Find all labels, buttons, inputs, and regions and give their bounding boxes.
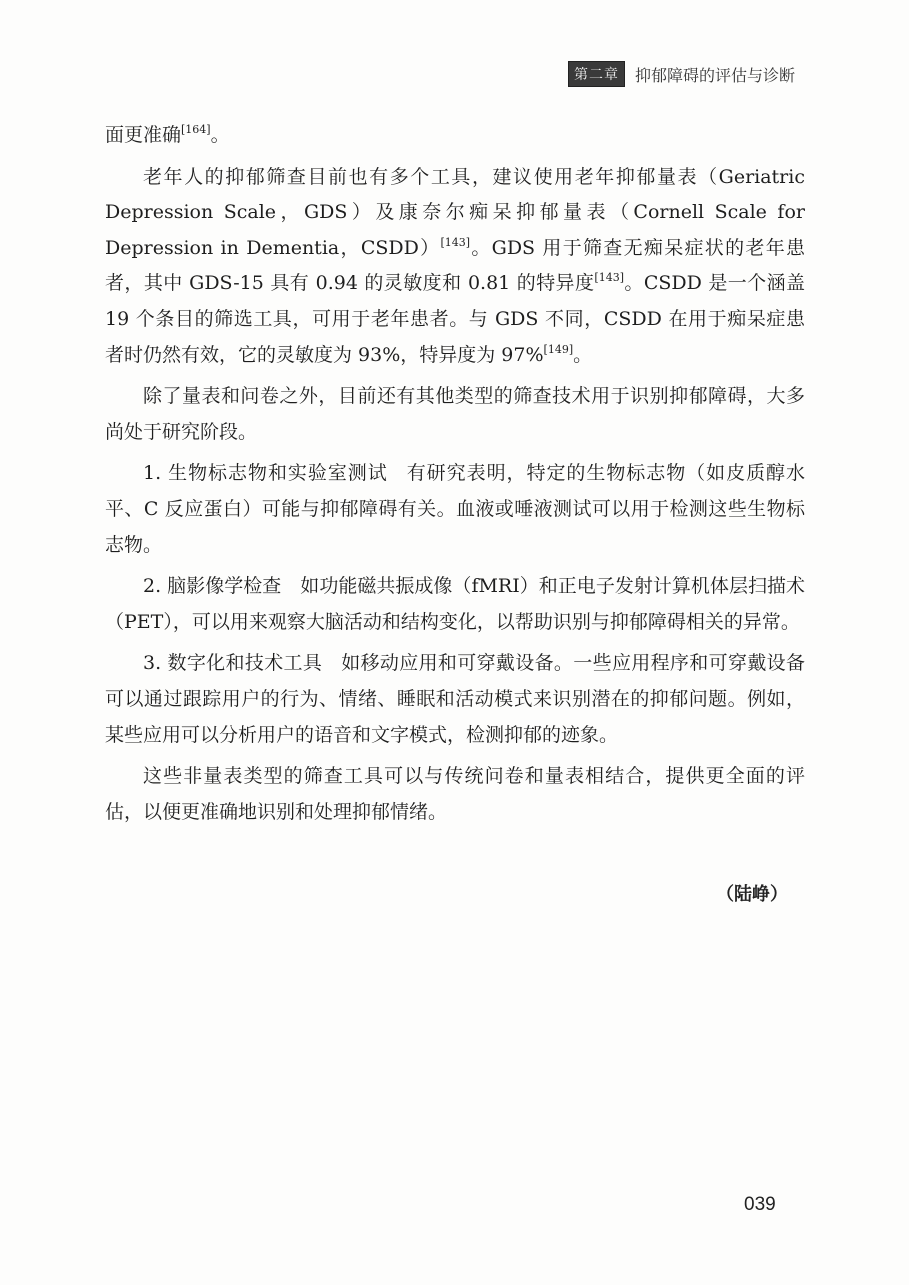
- paragraph: 除了量表和问卷之外，目前还有其他类型的筛查技术用于识别抑郁障碍，大多尚处于研究阶…: [105, 379, 805, 450]
- list-item-heading: 3. 数字化和技术工具: [143, 652, 322, 674]
- chapter-title: 抑郁障碍的评估与诊断: [635, 63, 795, 86]
- citation-reference: [164]: [181, 123, 211, 136]
- paragraph-text: 除了量表和问卷之外，目前还有其他类型的筛查技术用于识别抑郁障碍，大多尚处于研究阶…: [105, 385, 805, 443]
- citation-reference: [143]: [594, 271, 624, 284]
- paragraph: 1. 生物标志物和实验室测试有研究表明，特定的生物标志物（如皮质醇水平、C 反应…: [105, 456, 805, 563]
- author-signature: （陆峥）: [716, 880, 788, 906]
- paragraph: 老年人的抑郁筛查目前也有多个工具，建议使用老年抑郁量表（Geriatric De…: [105, 160, 805, 374]
- paragraph: 这些非量表类型的筛查工具可以与传统问卷和量表相结合，提供更全面的评估，以便更准确…: [105, 759, 805, 830]
- chapter-badge: 第二章: [568, 61, 625, 87]
- paragraph: 3. 数字化和技术工具如移动应用和可穿戴设备。一些应用程序和可穿戴设备可以通过跟…: [105, 646, 805, 753]
- paragraph: 面更准确[164]。: [105, 118, 805, 154]
- paragraph-text: 。: [211, 124, 230, 146]
- citation-reference: [149]: [544, 343, 574, 356]
- paragraph-text: 。: [573, 344, 592, 366]
- running-head: 第二章 抑郁障碍的评估与诊断: [568, 61, 795, 87]
- paragraph-text: 这些非量表类型的筛查工具可以与传统问卷和量表相结合，提供更全面的评估，以便更准确…: [105, 765, 805, 823]
- paragraph: 2. 脑影像学检查如功能磁共振成像（fMRI）和正电子发射计算机体层扫描术（PE…: [105, 569, 805, 640]
- body-text: 面更准确[164]。老年人的抑郁筛查目前也有多个工具，建议使用老年抑郁量表（Ge…: [105, 118, 805, 836]
- list-item-heading: 1. 生物标志物和实验室测试: [143, 462, 388, 484]
- page-number: 039: [744, 1194, 776, 1216]
- citation-reference: [143]: [440, 236, 470, 249]
- paragraph-text: 面更准确: [105, 124, 181, 146]
- list-item-heading: 2. 脑影像学检查: [143, 575, 281, 597]
